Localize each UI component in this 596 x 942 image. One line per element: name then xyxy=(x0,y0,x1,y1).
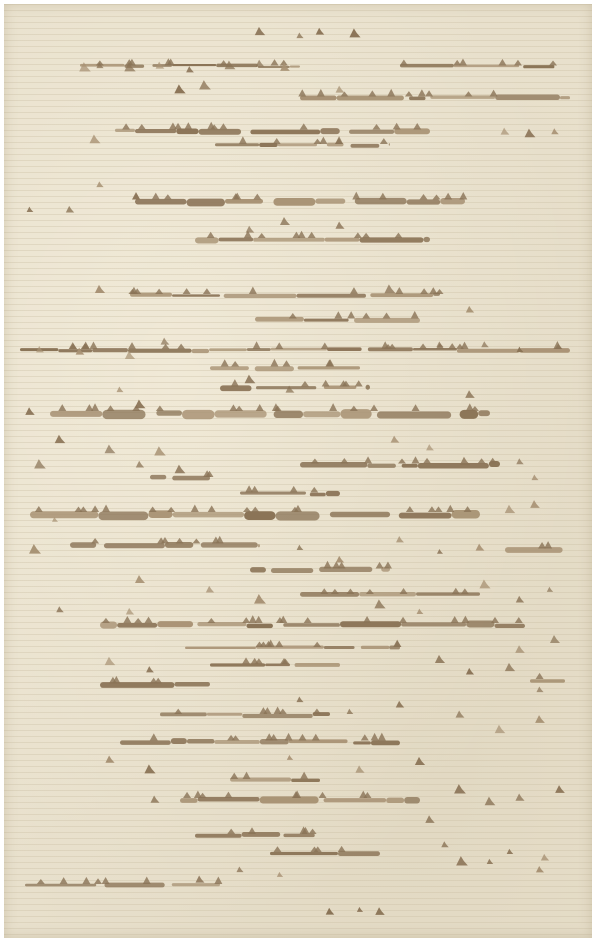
pattern-tuft xyxy=(485,797,496,806)
pattern-streak xyxy=(283,834,314,837)
pattern-tuft xyxy=(394,233,402,238)
pattern-streak xyxy=(30,511,98,518)
pattern-tuft xyxy=(296,32,303,38)
pattern-tuft xyxy=(308,232,316,238)
pattern-tuft xyxy=(516,596,524,603)
pattern-tuft xyxy=(27,207,34,212)
pattern-tuft xyxy=(34,459,46,468)
pattern-tuft xyxy=(174,709,182,714)
pattern-tuft xyxy=(311,458,319,463)
pattern-streak xyxy=(409,97,425,100)
pattern-tuft xyxy=(155,289,163,294)
pattern-streak xyxy=(478,410,490,416)
pattern-tuft xyxy=(357,907,363,912)
pattern-tuft xyxy=(383,312,391,318)
pattern-streak xyxy=(402,464,418,468)
pattern-tuft xyxy=(412,456,420,463)
pattern-tuft xyxy=(553,341,561,349)
pattern-tuft xyxy=(206,586,214,593)
pattern-tuft xyxy=(355,765,364,772)
pattern-tuft xyxy=(515,645,525,653)
pattern-tuft xyxy=(350,406,358,411)
pattern-tuft xyxy=(338,562,346,569)
pattern-tuft xyxy=(245,375,256,384)
pattern-tuft xyxy=(331,589,339,594)
pattern-streak xyxy=(270,852,338,855)
pattern-tuft xyxy=(207,618,215,623)
pattern-tuft xyxy=(456,856,468,865)
pattern-tuft xyxy=(151,796,160,803)
pattern-tuft xyxy=(505,663,515,671)
pattern-tuft xyxy=(309,829,317,834)
pattern-streak xyxy=(495,95,560,101)
pattern-tuft xyxy=(354,232,362,238)
pattern-tuft xyxy=(368,90,376,96)
pattern-streak xyxy=(560,96,570,99)
pattern-tuft xyxy=(275,641,283,647)
pattern-tuft xyxy=(285,733,293,741)
pattern-tuft xyxy=(316,28,325,35)
pattern-streak xyxy=(276,511,320,520)
pattern-tuft xyxy=(128,342,136,349)
pattern-tuft xyxy=(258,233,266,238)
pattern-tuft xyxy=(239,136,247,144)
rug-photo: Top-down photo of a cream wool pile rug … xyxy=(4,4,592,938)
pattern-streak xyxy=(278,143,317,146)
pattern-tuft xyxy=(277,872,283,877)
pattern-streak xyxy=(187,739,215,743)
pattern-tuft xyxy=(60,877,68,884)
pattern-tuft xyxy=(405,91,413,96)
pattern-tuft xyxy=(370,405,378,411)
pattern-streak xyxy=(353,741,371,744)
pattern-streak xyxy=(250,567,266,572)
pattern-tuft xyxy=(335,221,344,228)
pattern-tuft xyxy=(138,124,146,129)
pattern-tuft xyxy=(441,841,448,847)
pattern-tuft xyxy=(298,89,306,96)
pattern-tuft xyxy=(313,642,321,647)
pattern-tuft xyxy=(317,89,325,97)
pattern-tuft xyxy=(396,536,404,542)
pattern-tuft xyxy=(231,379,239,386)
pattern-tuft xyxy=(91,505,99,512)
pattern-tuft xyxy=(183,792,191,798)
pattern-streak xyxy=(367,464,396,468)
pattern-tuft xyxy=(270,359,278,367)
pattern-streak xyxy=(330,512,390,517)
pattern-tuft xyxy=(374,599,385,608)
pattern-tuft xyxy=(478,458,486,463)
pattern-tuft xyxy=(94,878,102,884)
pattern-tuft xyxy=(363,616,371,623)
pattern-tuft xyxy=(395,287,403,294)
pattern-streak xyxy=(297,294,366,298)
pattern-tuft xyxy=(340,458,348,463)
pattern-streak xyxy=(519,348,570,353)
pattern-tuft xyxy=(532,475,539,481)
pattern-streak xyxy=(246,624,272,629)
pattern-tuft xyxy=(289,313,297,319)
pattern-tuft xyxy=(105,755,114,762)
pattern-tuft xyxy=(399,617,407,623)
pattern-tuft xyxy=(322,380,330,387)
pattern-tuft xyxy=(384,284,395,293)
pattern-tuft xyxy=(461,588,469,594)
pattern-tuft xyxy=(176,538,184,544)
pattern-tuft xyxy=(297,545,304,550)
pattern-tuft xyxy=(235,406,243,411)
pattern-streak xyxy=(416,592,480,595)
pattern-streak xyxy=(350,144,379,148)
pattern-tuft xyxy=(376,562,384,569)
pattern-streak xyxy=(242,832,281,837)
pattern-tuft xyxy=(426,444,434,450)
pattern-tuft xyxy=(396,701,404,708)
pattern-tuft xyxy=(310,487,318,493)
pattern-tuft xyxy=(175,465,186,474)
pattern-tuft xyxy=(417,609,424,614)
pattern-streak xyxy=(120,740,171,744)
pattern-tuft xyxy=(253,341,261,349)
pattern-tuft xyxy=(530,500,540,508)
pattern-tuft xyxy=(145,617,153,623)
pattern-streak xyxy=(225,199,263,204)
pattern-tuft xyxy=(536,686,543,692)
pattern-streak xyxy=(304,319,349,322)
pattern-tuft xyxy=(102,877,110,884)
pattern-streak xyxy=(407,199,441,204)
pattern-tuft xyxy=(387,89,395,97)
pattern-streak xyxy=(326,491,340,496)
pattern-streak xyxy=(219,238,254,242)
pattern-tuft xyxy=(150,733,158,740)
pattern-tuft xyxy=(255,616,263,623)
pattern-tuft xyxy=(393,123,401,130)
pattern-tuft xyxy=(349,28,360,37)
pattern-tuft xyxy=(551,128,558,134)
pattern-streak xyxy=(430,95,495,99)
pattern-tuft xyxy=(346,589,354,594)
pattern-tuft xyxy=(274,706,282,714)
pattern-tuft xyxy=(507,849,514,854)
pattern-tuft xyxy=(243,507,251,512)
pattern-streak xyxy=(175,682,210,686)
pattern-tuft xyxy=(461,342,469,349)
pattern-tuft xyxy=(411,311,419,319)
pattern-streak xyxy=(298,366,360,369)
pattern-streak xyxy=(255,317,304,322)
pattern-tuft xyxy=(25,407,34,415)
pattern-tuft xyxy=(393,641,401,647)
pattern-tuft xyxy=(336,556,344,563)
pattern-tuft xyxy=(433,194,441,199)
pattern-tuft xyxy=(183,288,191,294)
pattern-tuft xyxy=(420,288,428,294)
pattern-tuft xyxy=(461,616,469,623)
pattern-tuft xyxy=(199,80,211,89)
pattern-tuft xyxy=(459,58,467,65)
pattern-tuft xyxy=(380,138,388,144)
pattern-tuft xyxy=(35,506,43,512)
pattern-streak xyxy=(172,883,220,886)
pattern-tuft xyxy=(355,380,363,386)
pattern-streak xyxy=(303,411,340,417)
pattern-tuft xyxy=(466,668,474,675)
pattern-tuft xyxy=(227,829,235,834)
pattern-tuft xyxy=(254,594,266,604)
pattern-tuft xyxy=(132,192,140,200)
pattern-streak xyxy=(182,410,215,419)
pattern-streak xyxy=(224,294,297,298)
pattern-tuft xyxy=(164,194,172,199)
rug-pattern xyxy=(4,4,592,938)
pattern-tuft xyxy=(373,124,381,130)
pattern-streak xyxy=(160,712,207,716)
pattern-tuft xyxy=(55,435,66,443)
pattern-streak xyxy=(128,349,192,353)
pattern-tuft xyxy=(89,342,97,349)
pattern-tuft xyxy=(418,89,426,96)
pattern-streak xyxy=(256,386,316,389)
pattern-streak xyxy=(273,198,315,206)
pattern-tuft xyxy=(451,616,459,623)
pattern-tuft xyxy=(335,136,343,144)
pattern-streak xyxy=(423,237,430,242)
pattern-streak xyxy=(157,621,193,627)
pattern-tuft xyxy=(90,135,101,144)
pattern-tuft xyxy=(550,635,560,643)
pattern-streak xyxy=(195,834,242,838)
pattern-tuft xyxy=(255,27,265,35)
pattern-streak xyxy=(258,544,260,547)
pattern-streak xyxy=(361,646,390,649)
pattern-tuft xyxy=(126,608,134,615)
pattern-tuft xyxy=(466,306,474,313)
pattern-streak xyxy=(185,647,256,649)
pattern-tuft xyxy=(299,734,307,741)
pattern-streak xyxy=(327,347,362,351)
pattern-tuft xyxy=(246,226,255,233)
pattern-tuft xyxy=(186,66,194,72)
pattern-tuft xyxy=(253,194,261,200)
pattern-streak xyxy=(92,348,128,352)
pattern-tuft xyxy=(105,657,116,665)
pattern-streak xyxy=(171,738,187,744)
pattern-tuft xyxy=(516,458,523,464)
pattern-tuft xyxy=(436,341,443,347)
pattern-tuft xyxy=(320,588,328,594)
pattern-tuft xyxy=(313,708,321,714)
pattern-streak xyxy=(102,410,145,419)
pattern-streak xyxy=(418,463,489,469)
pattern-streak xyxy=(495,624,525,628)
pattern-tuft xyxy=(419,344,427,349)
pattern-tuft xyxy=(156,406,164,411)
pattern-tuft xyxy=(514,60,522,66)
pattern-tuft xyxy=(378,733,386,741)
pattern-streak xyxy=(400,64,454,68)
pattern-streak xyxy=(201,542,258,547)
pattern-tuft xyxy=(37,879,45,884)
pattern-tuft xyxy=(243,772,251,779)
pattern-tuft xyxy=(525,129,536,138)
pattern-tuft xyxy=(219,123,227,129)
pattern-streak xyxy=(180,798,198,803)
pattern-tuft xyxy=(319,792,327,798)
pattern-tuft xyxy=(491,617,499,623)
pattern-tuft xyxy=(476,544,485,551)
pattern-streak xyxy=(192,349,210,353)
pattern-tuft xyxy=(242,657,250,664)
pattern-tuft xyxy=(487,859,494,864)
pattern-streak xyxy=(210,366,249,370)
pattern-tuft xyxy=(444,193,452,200)
pattern-tuft xyxy=(428,506,436,512)
pattern-tuft xyxy=(144,764,155,773)
pattern-tuft xyxy=(102,618,110,623)
pattern-tuft xyxy=(149,506,157,512)
pattern-streak xyxy=(197,622,246,626)
pattern-tuft xyxy=(544,541,552,548)
pattern-streak xyxy=(290,66,300,68)
pattern-tuft xyxy=(489,458,497,464)
pattern-tuft xyxy=(425,90,433,96)
pattern-tuft xyxy=(384,562,392,569)
pattern-tuft xyxy=(251,507,259,512)
pattern-tuft xyxy=(79,506,87,512)
pattern-streak xyxy=(349,130,394,134)
pattern-tuft xyxy=(379,193,387,200)
pattern-tuft xyxy=(336,86,345,93)
pattern-tuft xyxy=(464,91,472,96)
pattern-tuft xyxy=(96,181,103,187)
pattern-tuft xyxy=(464,506,472,512)
pattern-tuft xyxy=(547,587,553,592)
pattern-tuft xyxy=(329,403,337,411)
pattern-tuft xyxy=(334,311,342,318)
pattern-streak xyxy=(320,128,340,134)
pattern-tuft xyxy=(102,505,110,512)
pattern-tuft xyxy=(366,589,374,594)
pattern-tuft xyxy=(290,486,298,493)
pattern-streak xyxy=(215,410,267,417)
pattern-tuft xyxy=(203,288,211,294)
pattern-tuft xyxy=(454,784,466,793)
pattern-streak xyxy=(25,884,96,887)
pattern-tuft xyxy=(56,606,64,612)
pattern-tuft xyxy=(230,773,238,779)
pattern-tuft xyxy=(323,561,331,569)
pattern-streak xyxy=(135,129,176,133)
pattern-tuft xyxy=(446,505,454,512)
pattern-tuft xyxy=(273,138,281,144)
pattern-streak xyxy=(324,646,355,649)
pattern-tuft xyxy=(192,538,200,543)
pattern-tuft xyxy=(248,827,256,834)
pattern-tuft xyxy=(515,793,524,800)
pattern-tuft xyxy=(214,877,222,884)
pattern-tuft xyxy=(66,206,74,213)
pattern-tuft xyxy=(505,505,516,513)
pattern-streak xyxy=(187,199,225,207)
pattern-tuft xyxy=(256,404,264,411)
pattern-streak xyxy=(104,543,165,548)
pattern-tuft xyxy=(122,123,130,129)
pattern-streak xyxy=(242,714,312,718)
pattern-tuft xyxy=(452,588,460,594)
pattern-tuft xyxy=(242,617,250,623)
pattern-tuft xyxy=(117,387,124,393)
pattern-tuft xyxy=(207,232,215,238)
pattern-tuft xyxy=(448,343,456,349)
pattern-tuft xyxy=(364,456,372,463)
pattern-tuft xyxy=(169,123,177,130)
pattern-streak xyxy=(371,741,400,746)
pattern-tuft xyxy=(143,876,151,884)
pattern-tuft xyxy=(134,618,142,623)
pattern-streak xyxy=(505,547,563,553)
pattern-tuft xyxy=(490,90,498,97)
pattern-tuft xyxy=(282,360,290,366)
pattern-streak xyxy=(250,130,320,135)
pattern-streak xyxy=(389,143,390,146)
pattern-streak xyxy=(173,512,244,518)
pattern-tuft xyxy=(362,313,370,319)
pattern-tuft xyxy=(350,287,358,294)
pattern-tuft xyxy=(152,193,160,200)
pattern-streak xyxy=(359,237,423,242)
pattern-tuft xyxy=(312,734,320,741)
pattern-tuft xyxy=(191,505,199,512)
pattern-streak xyxy=(291,779,320,782)
pattern-tuft xyxy=(352,192,360,200)
pattern-streak xyxy=(324,798,387,802)
pattern-tuft xyxy=(95,285,105,293)
pattern-streak xyxy=(244,511,275,520)
pattern-streak xyxy=(404,797,420,804)
pattern-streak xyxy=(215,740,260,744)
pattern-streak xyxy=(283,623,340,627)
pattern-streak xyxy=(300,462,367,467)
pattern-tuft xyxy=(58,404,66,411)
pattern-tuft xyxy=(271,59,279,65)
pattern-tuft xyxy=(135,575,145,583)
pattern-tuft xyxy=(498,59,506,66)
pattern-tuft xyxy=(406,506,414,512)
pattern-tuft xyxy=(221,359,229,366)
pattern-tuft xyxy=(251,486,259,493)
pattern-tuft xyxy=(495,725,506,733)
pattern-tuft xyxy=(224,792,232,798)
pattern-streak xyxy=(399,513,452,519)
pattern-tuft xyxy=(479,579,490,588)
pattern-tuft xyxy=(400,60,408,66)
pattern-tuft xyxy=(161,338,170,345)
pattern-tuft xyxy=(146,666,154,672)
pattern-tuft xyxy=(425,815,434,823)
pattern-streak xyxy=(274,411,303,418)
pattern-tuft xyxy=(275,342,283,349)
pattern-tuft xyxy=(301,381,309,387)
pattern-tuft xyxy=(135,400,146,409)
pattern-tuft xyxy=(549,60,557,65)
pattern-tuft xyxy=(436,289,444,294)
pattern-streak xyxy=(295,663,340,667)
pattern-tuft xyxy=(107,405,115,411)
pattern-tuft xyxy=(196,876,205,883)
pattern-tuft xyxy=(300,772,308,779)
